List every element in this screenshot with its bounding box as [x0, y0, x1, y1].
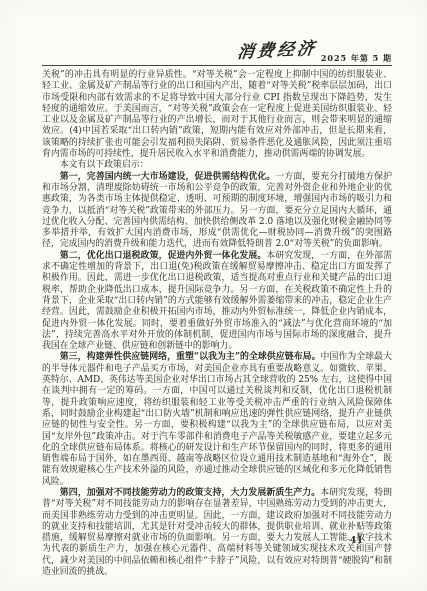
paragraph-text: 中国作为全球最大的半导体元器件和电子产品买方市场，对美国企业亦具有重要战略意义。… — [42, 352, 392, 486]
page-header: 消费经济 2025 年第 5 期 — [42, 34, 392, 66]
paragraph-lead: 第四，加强对不同技能劳动力的政策支持，大力发展新质生产力。 — [60, 488, 320, 498]
article-body: 关税”的冲击具有明显的行业异质性。“对等关税”会一定程度上抑制中国的纺织服装业、… — [42, 70, 392, 578]
journal-page: 消费经济 2025 年第 5 期 关税”的冲击具有明显的行业异质性。“对等关税”… — [0, 0, 427, 591]
paragraph-lead: 第三，构建弹性供应链网络，重塑“以我为主”的全球供应链布局。 — [60, 352, 321, 362]
paragraph: 本文有以下政策启示： — [42, 160, 392, 171]
page-number: 41 — [350, 536, 364, 546]
paragraph-text: 本文有以下政策启示： — [60, 160, 149, 170]
paragraph-text: 关税”的冲击具有明显的行业异质性。“对等关税”会一定程度上抑制中国的纺织服装业、… — [42, 70, 392, 159]
paragraph-text: 本研究发现，特朗普“对等关税”对不同技能劳动力的影响存在显著差异，中国熟练劳动力… — [42, 488, 392, 577]
paragraph: 第二，优化出口退税政策，促进内外贸一体化发展。本研究发现，一方面，在外部需求不确… — [42, 251, 392, 353]
paragraph-lead: 第一，完善国内统一大市场建设，促进供需结构优化。 — [60, 172, 276, 182]
issue-label: 2025 年第 5 期 — [321, 54, 392, 62]
journal-logo: 消费经济 — [236, 41, 320, 62]
paragraph: 关税”的冲击具有明显的行业异质性。“对等关税”会一定程度上抑制中国的纺织服装业、… — [42, 70, 392, 160]
paragraph: 第四，加强对不同技能劳动力的政策支持，大力发展新质生产力。本研究发现，特朗普“对… — [42, 488, 392, 578]
paragraph-lead: 第二，优化出口退税政策，促进内外贸一体化发展。 — [60, 251, 267, 261]
paragraph-text: 本研究发现，一方面，在外部需求不确定性增加的背景下，出口退(免)税政策在缓解贸易… — [42, 251, 392, 351]
paragraph: 第一，完善国内统一大市场建设，促进供需结构优化。一方面，要充分打破地方保护和市场… — [42, 172, 392, 251]
text-column: 消费经济 2025 年第 5 期 关税”的冲击具有明显的行业异质性。“对等关税”… — [42, 34, 392, 578]
paragraph: 第三，构建弹性供应链网络，重塑“以我为主”的全球供应链布局。中国作为全球最大的半… — [42, 352, 392, 488]
paragraph-text: 一方面，要充分打破地方保护和市场分割，清理废除妨碍统一市场和公平竞争的政策，完善… — [42, 172, 392, 250]
